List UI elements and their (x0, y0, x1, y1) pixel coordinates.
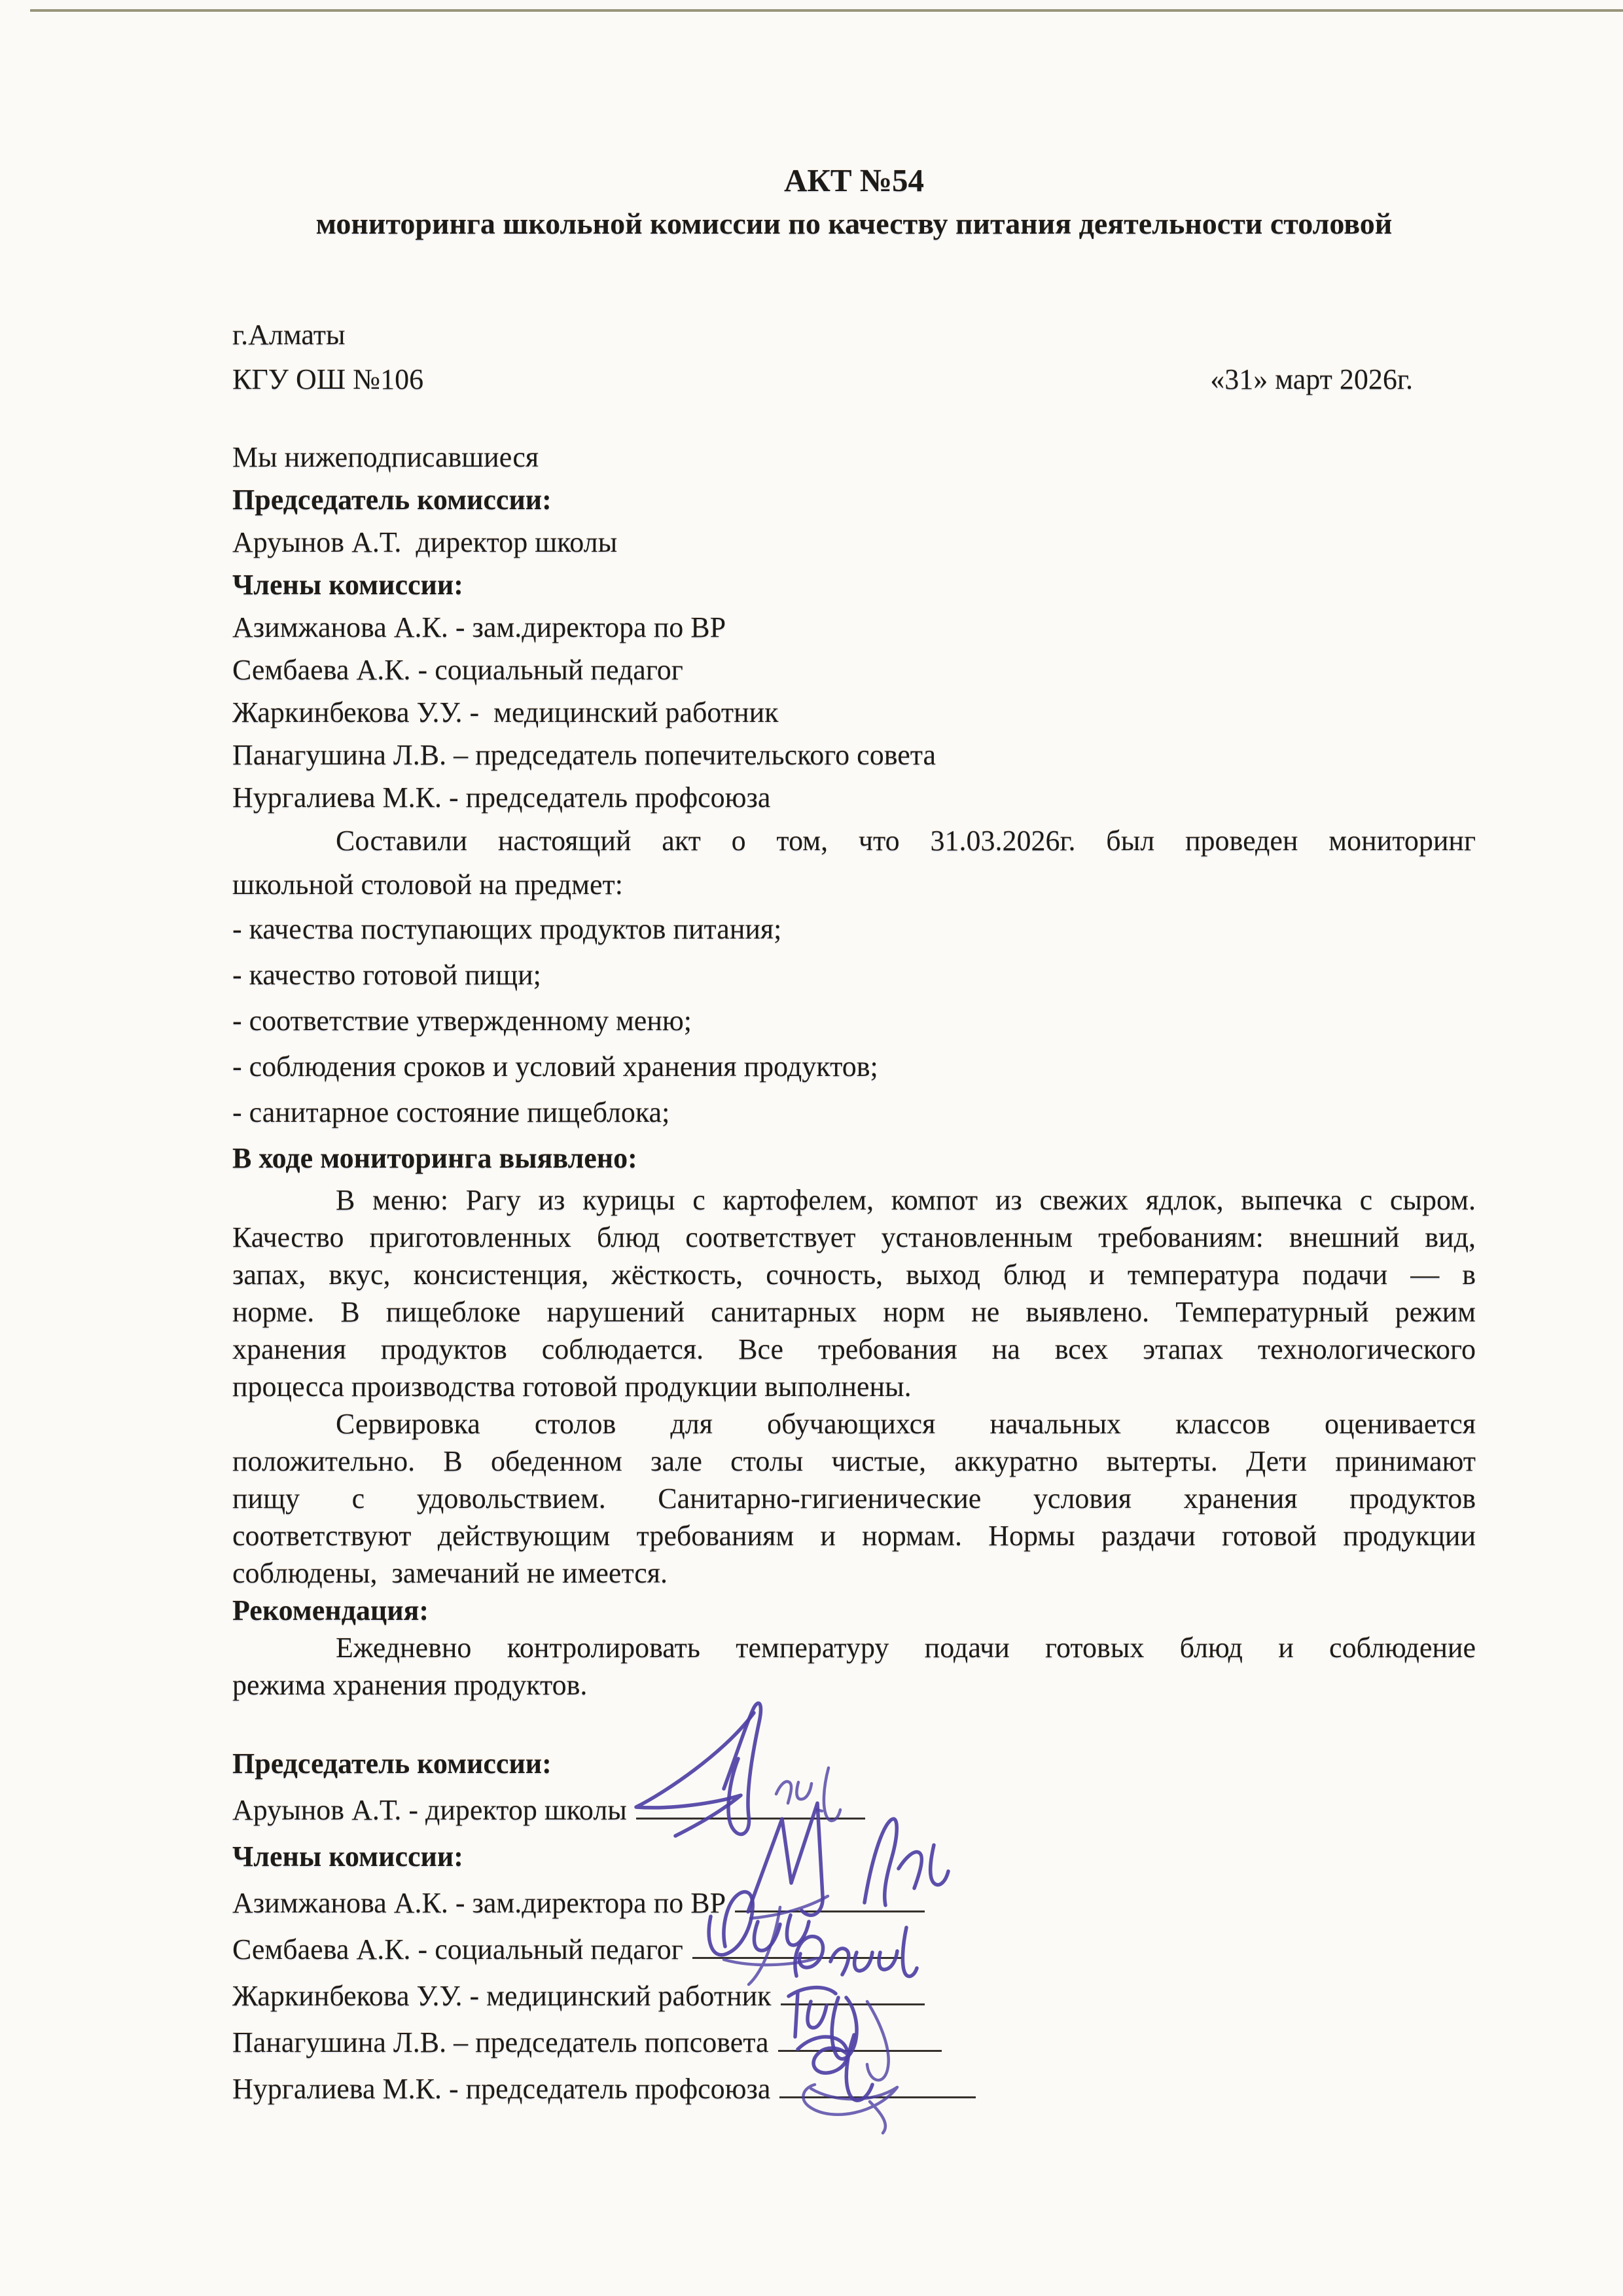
opening-line: Мы нижеподписавшиеся (232, 436, 1476, 478)
signature-row: Жаркинбекова У.У. - медицинский работник (232, 1973, 1476, 2019)
findings-line: хранения продуктов соблюдается. Все треб… (232, 1331, 1476, 1368)
recommendation-line: режима хранения продуктов. (232, 1666, 1476, 1704)
member-item: Жаркинбекова У.У. - медицинский работник (232, 691, 1476, 734)
document-content: АКТ №54 мониторинга школьной комиссии по… (232, 0, 1476, 2112)
findings-line: процесса производства готовой продукции … (232, 1368, 1476, 1405)
subject-item: - соответствие утвержденному меню; (232, 998, 1476, 1044)
signature-line (778, 2045, 942, 2052)
findings-line: В меню: Рагу из курицы с картофелем, ком… (232, 1181, 1476, 1219)
subject-item: - качество готовой пищи; (232, 952, 1476, 998)
signatory-label: Панагушина Л.В. – председатель попсовета (232, 2026, 769, 2058)
signing-chair-header: Председатель комиссии: (232, 1740, 1476, 1787)
commission-list: Мы нижеподписавшиеся Председатель комисс… (232, 436, 1476, 819)
chair-header: Председатель комиссии: (232, 478, 1476, 521)
findings-line: Сервировка столов для обучающихся началь… (232, 1405, 1476, 1443)
statement-line: Составили настоящий акт о том, что 31.03… (232, 819, 1476, 863)
findings-line: положительно. В обеденном зале столы чис… (232, 1443, 1476, 1480)
findings-line: норме. В пищеблоке нарушений санитарных … (232, 1293, 1476, 1331)
date-label: «31» март 2026г. (1210, 357, 1413, 402)
findings-text: В меню: Рагу из курицы с картофелем, ком… (232, 1181, 1476, 1704)
subject-item: - соблюдения сроков и условий хранения п… (232, 1044, 1476, 1090)
signatory-label: Нургалиева М.К. - председатель профсоюза (232, 2073, 770, 2105)
doc-title: АКТ №54 (232, 161, 1476, 200)
signatory-label: Аруынов А.Т. - директор школы (232, 1794, 627, 1826)
signature-row: Аруынов А.Т. - директор школы (232, 1787, 1476, 1833)
subject-item: - качества поступающих продуктов питания… (232, 906, 1476, 952)
signing-members-header: Члены комиссии: (232, 1833, 1476, 1880)
signature-line (781, 1999, 925, 2005)
signature-line (692, 1952, 902, 1959)
findings-header: В ходе мониторинга выявлено: (232, 1136, 1476, 1181)
signature-row: Нургалиева М.К. - председатель профсоюза (232, 2066, 1476, 2112)
chair-name: Аруынов А.Т. директор школы (232, 521, 1476, 564)
subject-item: - санитарное состояние пищеблока; (232, 1090, 1476, 1136)
findings-line: пищу с удовольствием. Санитарно-гигиенич… (232, 1480, 1476, 1517)
signature-row: Азимжанова А.К. - зам.директора по ВР (232, 1880, 1476, 1926)
recommendation-line: Ежедневно контролировать температуру под… (232, 1629, 1476, 1666)
signature-line (636, 1813, 865, 1820)
school-date-row: КГУ ОШ №106 «31» март 2026г. (232, 357, 1476, 402)
signatory-label: Жаркинбекова У.У. - медицинский работник (232, 1980, 772, 2012)
statement-line: школьной столовой на предмет: (232, 863, 1476, 906)
findings-line: Качество приготовленных блюд соответству… (232, 1219, 1476, 1256)
findings-line: соблюдены, замечаний не имеется. (232, 1554, 1476, 1592)
findings-line: запах, вкус, консистенция, жёсткость, со… (232, 1256, 1476, 1293)
act-statement: Составили настоящий акт о том, что 31.03… (232, 819, 1476, 906)
member-item: Азимжанова А.К. - зам.директора по ВР (232, 606, 1476, 649)
title-block: АКТ №54 мониторинга школьной комиссии по… (232, 161, 1476, 243)
doc-subtitle: мониторинга школьной комиссии по качеств… (232, 204, 1476, 243)
member-item: Панагушина Л.В. – председатель попечител… (232, 734, 1476, 776)
member-item: Сембаева А.К. - социальный педагог (232, 649, 1476, 691)
meta-block: г.Алматы КГУ ОШ №106 «31» март 2026г. (232, 313, 1476, 402)
scanned-document: { "header": { "title": "АКТ №54", "subti… (0, 0, 1623, 2296)
findings-line: соответствуют действующим требованиям и … (232, 1517, 1476, 1554)
signature-line (735, 1906, 925, 1912)
monitoring-subjects: - качества поступающих продуктов питания… (232, 906, 1476, 1181)
signature-row: Панагушина Л.В. – председатель попсовета (232, 2019, 1476, 2066)
member-item: Нургалиева М.К. - председатель профсоюза (232, 776, 1476, 819)
signatory-label: Азимжанова А.К. - зам.директора по ВР (232, 1887, 726, 1919)
signature-line (779, 2092, 976, 2098)
signatory-label: Сембаева А.К. - социальный педагог (232, 1933, 683, 1965)
signature-row: Сембаева А.К. - социальный педагог (232, 1926, 1476, 1973)
signature-block: Председатель комиссии: Аруынов А.Т. - ди… (232, 1740, 1476, 2112)
recommendation-header: Рекомендация: (232, 1592, 1476, 1629)
members-header: Члены комиссии: (232, 564, 1476, 606)
city-label: г.Алматы (232, 313, 1476, 357)
school-label: КГУ ОШ №106 (232, 357, 423, 402)
